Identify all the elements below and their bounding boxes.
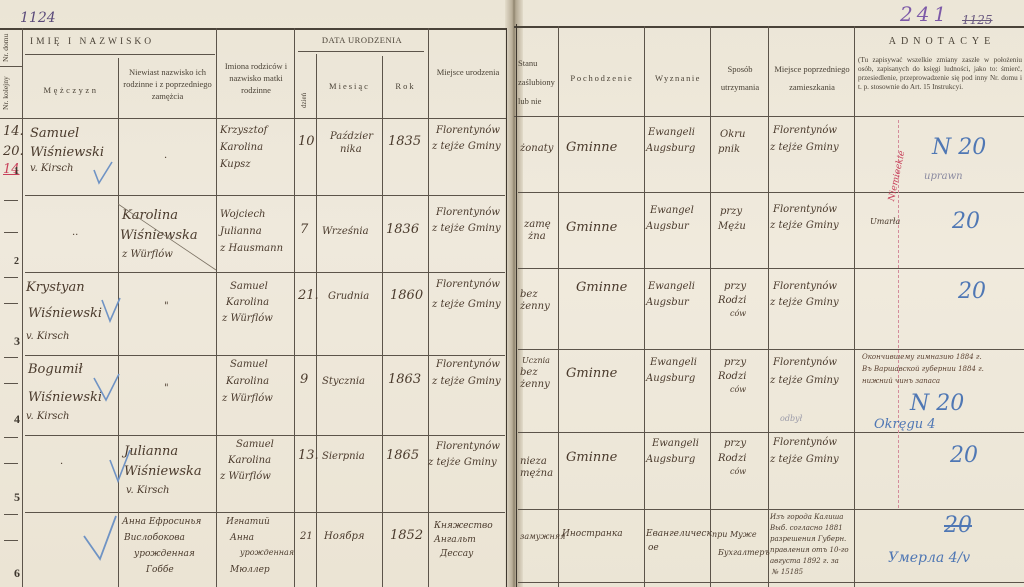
nr-dash	[4, 514, 18, 515]
row4-adnotacja-blue: N 20	[910, 396, 964, 412]
blue-checkmark-icon	[92, 160, 114, 186]
row5-wyznanie-1: Augsburg	[646, 453, 695, 466]
row4-mezczyzn-1: Wiśniewski	[28, 390, 102, 406]
row5-dzien: 13.	[298, 448, 319, 464]
header-miesiac: Miesiąc	[317, 80, 382, 92]
row6-poprz-1: Выб. согласно 1881	[770, 523, 843, 534]
col-line	[428, 28, 429, 587]
row4-miesiac: Stycznia	[322, 375, 365, 388]
nr-dash	[4, 357, 18, 358]
row2-sposob-0: przy	[720, 205, 742, 218]
row3-poprz-0: Florentynów	[773, 280, 837, 293]
row3-stan-1: żenny	[520, 300, 550, 313]
row4-faint-note: odbył	[780, 412, 802, 425]
nr-dash	[4, 463, 18, 464]
row3-mezczyzn-1: Wiśniewski	[28, 306, 102, 322]
header-stanu: Stanu zaślubiony lub nie	[518, 54, 558, 111]
row5-sposob-0: przy	[724, 437, 746, 450]
header-bottom-border	[0, 118, 506, 119]
row2-poprz-1: z tejże Gminy	[770, 219, 839, 232]
row6-rodzice-1: Анна	[230, 532, 254, 545]
row1-rok: 1835	[388, 134, 421, 150]
nr-sub-line	[0, 66, 22, 67]
row2-adnotacja-note: Umarła	[870, 215, 900, 228]
row4-rok: 1863	[388, 372, 421, 388]
imie-sub-line	[25, 54, 215, 55]
row5-pochodzenie: Gminne	[566, 450, 617, 466]
row6-rodzice-3: Мюллер	[230, 564, 270, 577]
row2-miejsce-0: Florentynów	[436, 206, 500, 219]
row4-rodzice-2: z Würflów	[222, 392, 273, 405]
row5-poprz-0: Florentynów	[773, 436, 837, 449]
row4-rodzice-0: Samuel	[230, 358, 268, 371]
row-line	[518, 268, 1024, 269]
row1-pochodzenie: Gminne	[566, 140, 617, 156]
header-niewiast: Niewiast nazwisko ich rodzinne i z poprz…	[120, 66, 215, 102]
row3-pochodzenie: Gminne	[576, 280, 627, 296]
row6-stan: замужняя	[520, 530, 565, 543]
header-adnotacye-instructions: (Tu zapisywać wszelkie zmiany zaszłe w p…	[858, 56, 1022, 92]
row1-adnotacja-faint: uprawn	[924, 170, 963, 183]
row2-rodzice-1: Julianna	[220, 225, 262, 238]
row1-stan: żonaty	[520, 142, 553, 155]
row3-adnotacja-blue: 20	[958, 284, 986, 300]
row4-stan-2: żenny	[520, 378, 550, 391]
row6-miesiac: Ноября	[324, 530, 365, 543]
row5-niewiast-1: Wiśniewska	[124, 464, 202, 480]
row4-cyrillic-note-2: нижний чинъ запаса	[862, 376, 940, 387]
row1-miesiac-1: nika	[340, 143, 362, 156]
nr-dash	[4, 303, 18, 304]
row4-poprz-1: z tejże Gminy	[770, 374, 839, 387]
row2-miesiac: Września	[322, 225, 369, 238]
row5-stan-1: mężna	[520, 467, 553, 480]
row6-pochodzenie: Иностранка	[562, 528, 623, 541]
right-page-number: 241	[900, 6, 950, 22]
row3-niewiast: "	[164, 300, 169, 313]
row3-poprz-1: z tejże Gminy	[770, 296, 839, 309]
blue-checkmark-icon	[100, 296, 122, 324]
row4-nr-kolejny: 4	[14, 412, 20, 427]
row6-miejsce-1: Ангальт	[434, 534, 476, 547]
row2-rodzice-2: z Hausmann	[220, 242, 283, 255]
row5-miejsce-1: z tejże Gminy	[428, 456, 497, 469]
row2-sposob-1: Mężu	[718, 220, 746, 233]
row5-wyznanie-0: Ewangeli	[652, 437, 699, 450]
row6-rodzice-0: Игнатий	[226, 516, 270, 529]
row-line	[518, 349, 1024, 350]
header-sposob: Sposób utrzymania	[712, 60, 768, 96]
header-imiona-rodzicow: Imiona rodziców i nazwisko matki rodzinn…	[218, 60, 294, 96]
row6-adnotacja-blue: 20	[944, 518, 972, 534]
row5-rodzice-2: z Würflów	[220, 470, 271, 483]
row6-poprz-4: августа 1892 г. за	[770, 556, 839, 567]
row1-miejsce-0: Florentynów	[436, 124, 500, 137]
row6-rodzice-2: урожденная	[240, 546, 294, 559]
row4-poprz-0: Florentynów	[773, 356, 837, 369]
col-line	[644, 26, 645, 587]
row6-rok: 1852	[390, 528, 423, 544]
header-nr-domu: Nr. domu	[2, 32, 20, 64]
row4-wyznanie-0: Ewangeli	[650, 356, 697, 369]
row6-niewiast-0: Анна Ефросинья	[122, 516, 201, 529]
left-page-number: 1124	[20, 10, 56, 26]
header-miejsce-urodzenia: Miejsce urodzenia	[430, 66, 506, 78]
row5-nr-kolejny: 5	[14, 490, 20, 505]
nr-dash	[4, 540, 18, 541]
row1-dzien: 10	[298, 134, 315, 150]
row3-sposob-1: Rodzi	[718, 294, 746, 307]
row4-miejsce-0: Florentynów	[436, 358, 500, 371]
row-line	[518, 192, 1024, 193]
row4-niewiast: "	[164, 382, 169, 395]
row3-rok: 1860	[390, 288, 423, 304]
row-line	[25, 195, 505, 196]
row1-miesiac-0: Paździer	[330, 130, 373, 143]
row2-adnotacja-blue: 20	[952, 214, 980, 230]
row6-sposob-0: при Муже	[712, 528, 757, 541]
col-line	[558, 26, 559, 587]
row4-sposob-2: ców	[730, 383, 746, 396]
blue-checkmark-icon	[92, 372, 122, 404]
row2-miejsce-1: z tejże Gminy	[432, 222, 501, 235]
row3-mezczyzn-2: v. Kirsch	[26, 330, 69, 343]
row5-sposob-1: Rodzi	[718, 452, 746, 465]
row-line	[518, 582, 1024, 583]
row3-rodzice-2: z Würflów	[222, 312, 273, 325]
row2-dzien: 7	[300, 222, 308, 238]
col-line	[854, 26, 855, 587]
header-wyznanie: Wyznanie	[646, 72, 710, 84]
row3-sposob-2: ców	[730, 307, 746, 320]
row-line	[518, 509, 1024, 510]
row1-mezczyzn-2: v. Kirsch	[30, 162, 73, 175]
row5-sposob-2: ców	[730, 465, 746, 478]
row1-sposob-0: Okru	[720, 128, 745, 141]
row3-miejsce-1: z tejże Gminy	[432, 298, 501, 311]
row3-nr-kolejny: 3	[14, 334, 20, 349]
row3-rodzice-0: Samuel	[230, 280, 268, 293]
col-line	[506, 28, 507, 587]
row1-rodzice-1: Karolina	[220, 141, 263, 154]
row5-rodzice-0: Samuel	[236, 438, 274, 451]
blue-checkmark-icon	[82, 514, 118, 562]
row4-wyznanie-1: Augsburg	[646, 372, 695, 385]
row6-adnotacja-blue-note: Умерла 4/v	[888, 552, 970, 565]
row1-niewiast: ·	[164, 152, 167, 165]
row-line	[518, 432, 1024, 433]
row3-wyznanie-0: Ewangeli	[648, 280, 695, 293]
table-top-border	[0, 28, 506, 30]
header-miejsce-poprzedniego: Miejsce poprzedniego zamieszkania	[770, 60, 854, 96]
row-line	[25, 512, 505, 513]
row2-wyznanie-1: Augsbur	[646, 220, 689, 233]
row2-stan-1: żna	[528, 230, 546, 243]
row5-adnotacja-blue: 20	[950, 448, 978, 464]
diagonal-strike-line	[118, 196, 218, 271]
row5-niewiast-0: Julianna	[124, 444, 178, 460]
nr-dash	[4, 437, 18, 438]
row-line	[25, 355, 505, 356]
col-line	[382, 56, 383, 587]
row6-dzien: 21	[300, 530, 313, 543]
row1-mezczyzn-1: Wiśniewski	[30, 145, 104, 161]
row5-rodzice-1: Karolina	[228, 454, 271, 467]
header-rok: Rok	[383, 80, 428, 92]
row1-poprz-0: Florentynów	[773, 124, 837, 137]
col-line	[22, 28, 23, 587]
row5-miesiac: Sierpnia	[322, 450, 365, 463]
row5-rok: 1865	[386, 448, 419, 464]
col-line	[294, 28, 295, 587]
col-line	[710, 26, 711, 587]
row4-cyrillic-note-0: Окончившему гимназию 1884 г.	[862, 352, 982, 363]
header-adnotacye: ADNOTACYE	[860, 36, 1024, 48]
col-line	[316, 54, 317, 587]
row6-niewiast-3: Гоббе	[146, 564, 174, 577]
row4-miejsce-1: z tejże Gminy	[432, 375, 501, 388]
row6-miejsce-0: Княжество	[434, 520, 493, 533]
row6-sposob-1: Бухгалтеръ	[718, 546, 770, 559]
header-nr-kolejny: Nr. kolejny	[2, 72, 20, 114]
row1-nr-domu-alt: 20.	[3, 144, 24, 160]
col-line	[516, 24, 517, 587]
row6-nr-kolejny: 6	[14, 566, 20, 581]
row1-nr-kolejny: 1	[14, 166, 19, 177]
row5-mezczyzn: ·	[60, 458, 63, 471]
col-line	[216, 28, 217, 587]
header-mezczyzn: Mężczyzn	[24, 84, 118, 96]
row1-mezczyzn-0: Samuel	[30, 126, 79, 142]
row6-niewiast-2: урожденная	[134, 548, 195, 561]
row3-wyznanie-1: Augsbur	[646, 296, 689, 309]
row6-miejsce-2: Дессау	[440, 548, 473, 561]
header-data-urodzenia: DATA URODZENIA	[298, 34, 426, 46]
data-sub-line	[298, 51, 424, 52]
row4-sposob-1: Rodzi	[718, 370, 746, 383]
row1-poprz-1: z tejże Gminy	[770, 141, 839, 154]
row2-poprz-0: Florentynów	[773, 203, 837, 216]
row1-wyznanie-1: Augsburg	[646, 142, 695, 155]
row5-miejsce-0: Florentynów	[436, 440, 500, 453]
header-dzien: dzień	[298, 88, 314, 112]
row5-poprz-1: z tejże Gminy	[770, 453, 839, 466]
row-line	[25, 435, 505, 436]
row1-nr-domu: 14.	[3, 124, 24, 140]
row3-mezczyzn-0: Krystyan	[26, 280, 85, 296]
row2-mezczyzn: ..	[72, 226, 78, 239]
nr-dash	[4, 383, 18, 384]
row5-adnotacja-blue-top: Okręgu 4	[874, 418, 936, 431]
row4-sposob-0: przy	[724, 356, 746, 369]
row4-mezczyzn-0: Bogumił	[28, 362, 83, 378]
row2-pochodzenie: Gminne	[566, 220, 617, 236]
row2-nr-kolejny: 2	[14, 256, 19, 267]
row2-rodzice-0: Wojciech	[220, 208, 265, 221]
row3-miejsce-0: Florentynów	[436, 278, 500, 291]
row-line	[25, 272, 505, 273]
row2-rok: 1836	[386, 222, 419, 238]
nr-dash	[4, 200, 18, 201]
row6-niewiast-1: Вислобокова	[124, 532, 185, 545]
row3-miesiac: Grudnia	[328, 290, 369, 303]
row6-poprz-0: Изъ города Калиша	[770, 512, 843, 523]
header-pochodzenie: Pochodzenie	[560, 72, 644, 84]
row1-miejsce-1: z tejże Gminy	[432, 140, 501, 153]
row3-dzien: 21.	[298, 288, 319, 304]
row4-cyrillic-note-1: Въ Варшавской губернии 1884 г.	[862, 364, 984, 375]
row4-rodzice-1: Karolina	[226, 375, 269, 388]
row6-poprz-5: № 15185	[772, 567, 803, 578]
nr-dash	[4, 232, 18, 233]
row1-adnotacja-blue: N 20	[932, 140, 986, 156]
row6-poprz-2: разрешения Губерн.	[770, 534, 846, 545]
row3-rodzice-1: Karolina	[226, 296, 269, 309]
row5-niewiast-2: v. Kirsch	[126, 484, 169, 497]
row1-sposob-1: pnik	[718, 143, 740, 156]
row4-pochodzenie: Gminne	[566, 366, 617, 382]
row6-poprz-3: правления отъ 10-го	[770, 545, 849, 556]
row6-wyznanie-0: Евангелическ	[646, 528, 712, 541]
header-imie-nazwisko: IMIĘ I NAZWISKO	[30, 36, 210, 48]
row1-wyznanie-0: Ewangeli	[648, 126, 695, 139]
row4-mezczyzn-2: v. Kirsch	[26, 410, 69, 423]
row6-wyznanie-1: ое	[648, 542, 659, 555]
row1-rodzice-2: Kupsz	[220, 158, 251, 171]
col-line	[768, 26, 769, 587]
row4-dzien: 9	[300, 372, 308, 388]
row3-sposob-0: przy	[724, 280, 746, 293]
nr-dash	[4, 277, 18, 278]
row1-rodzice-0: Krzysztof	[220, 124, 267, 137]
row2-wyznanie-0: Ewangel	[650, 204, 694, 217]
